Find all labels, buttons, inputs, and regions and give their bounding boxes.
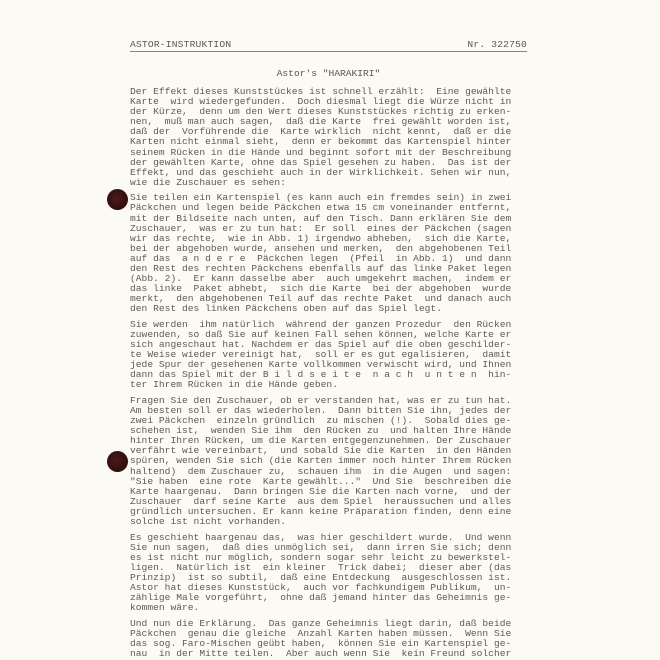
header-brand: ASTOR-INSTRUKTION: [130, 39, 231, 50]
paragraph: Der Effekt dieses Kunststückes ist schne…: [130, 87, 530, 188]
paragraph: Es geschieht haargenau das, was hier ges…: [130, 533, 530, 614]
text-line: den Rest des linken Päckchens oben auf d…: [130, 304, 530, 314]
document-body: Der Effekt dieses Kunststückes ist schne…: [130, 87, 530, 660]
header-number: Nr. 322750: [467, 39, 527, 50]
paragraph: Sie teilen ein Kartenspiel (es kann auch…: [130, 193, 530, 314]
text-line: ter Ihrem Rücken in die Hände geben.: [130, 380, 530, 390]
text-line: wie die Zuschauer es sehen:: [130, 178, 530, 188]
text-line: Päckchen und legen beide Päckchen etwa 1…: [130, 203, 530, 213]
text-line: nau in der Mitte teilen. Aber auch wenn …: [130, 649, 530, 659]
paragraph: Sie werden ihm natürlich während der gan…: [130, 320, 530, 391]
document-header: ASTOR-INSTRUKTION Nr. 322750: [130, 39, 527, 52]
text-line: kommen wäre.: [130, 603, 530, 613]
punch-hole-bottom: [107, 451, 128, 472]
text-line: solche ist nicht vorhanden.: [130, 517, 530, 527]
document-page: ASTOR-INSTRUKTION Nr. 322750 Astor's "HA…: [0, 0, 660, 660]
paragraph: Und nun die Erklärung. Das ganze Geheimn…: [130, 619, 530, 659]
document-title: Astor's "HARAKIRI": [130, 68, 527, 79]
paragraph: Fragen Sie den Zuschauer, ob er verstand…: [130, 396, 530, 527]
punch-hole-top: [107, 189, 128, 210]
